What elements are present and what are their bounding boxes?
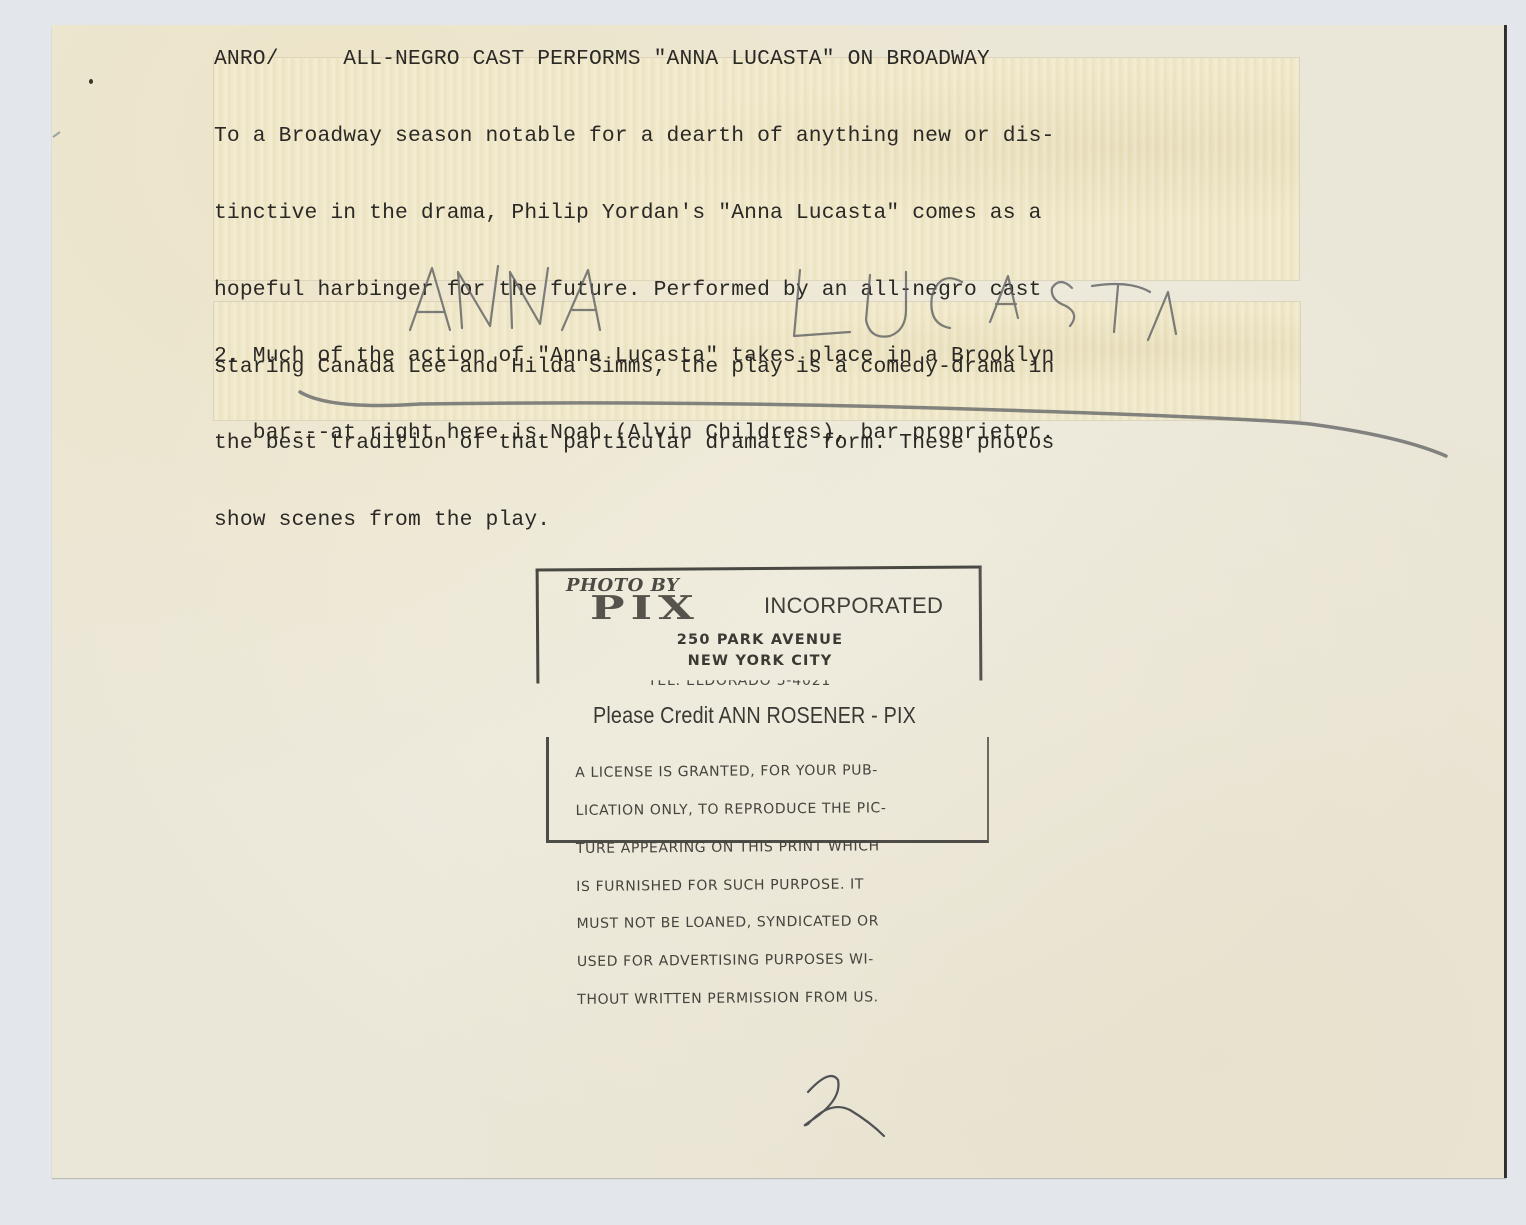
license-line: MUST NOT BE LOANED, SYNDICATED OR [577, 916, 888, 931]
ink-speck [89, 79, 93, 84]
photo-caption-line: bar---at right here is Noah (Alvin Child… [214, 421, 1054, 447]
license-line: LICATION ONLY, TO REPRODUCE THE PIC- [576, 802, 887, 817]
stamp-address-line: NEW YORK CITY [630, 651, 890, 672]
photo-caption: 2. Much of the action of "Anna Lucasta" … [214, 293, 1054, 472]
stamp-address-line: 250 PARK AVENUE [630, 630, 890, 651]
license-line: THOUT WRITTEN PERMISSION FROM US. [577, 991, 888, 1006]
license-line: IS FURNISHED FOR SUCH PURPOSE. IT [576, 878, 887, 893]
caption-line: To a Broadway season notable for a deart… [214, 124, 1054, 150]
caption-line: tinctive in the drama, Philip Yordan's "… [214, 201, 1054, 227]
photo-caption-line: 2. Much of the action of "Anna Lucasta" … [214, 344, 1054, 370]
caption-headline: ANRO/ ALL-NEGRO CAST PERFORMS "ANNA LUCA… [214, 47, 990, 73]
credit-stamp: Please Credit ANN ROSENER - PIX [593, 702, 916, 729]
license-line: USED FOR ADVERTISING PURPOSES WI- [577, 953, 888, 968]
license-line: A LICENSE IS GRANTED, FOR YOUR PUB- [575, 764, 886, 779]
caption-line: show scenes from the play. [214, 508, 1054, 534]
license-line: TURE APPEARING ON THIS PRINT WHICH [576, 840, 887, 855]
stamp-agency-name: PIX [590, 588, 700, 627]
stamp-address: 250 PARK AVENUE NEW YORK CITY [630, 630, 890, 672]
stamp-incorporated: INCORPORATED [764, 593, 943, 619]
license-stamp-text: A LICENSE IS GRANTED, FOR YOUR PUB- LICA… [575, 739, 888, 1019]
